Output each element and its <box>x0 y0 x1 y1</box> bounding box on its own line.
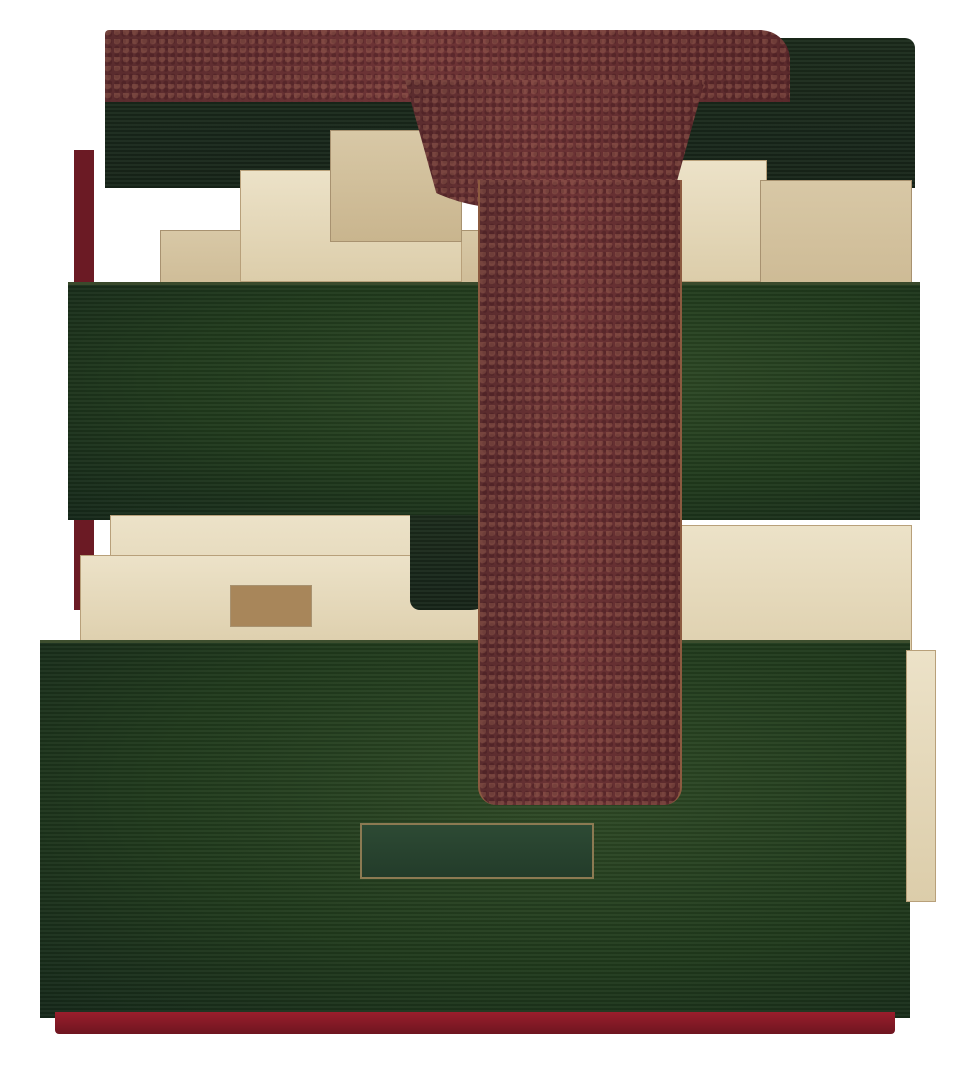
red-edge-bottom <box>55 1012 895 1034</box>
paper-sheet <box>230 585 312 627</box>
strap-loop <box>360 823 594 879</box>
photo <box>0 0 974 1080</box>
front-pocket <box>40 640 910 1018</box>
paper-edge-right <box>906 650 936 902</box>
strap-tongue <box>478 180 682 805</box>
